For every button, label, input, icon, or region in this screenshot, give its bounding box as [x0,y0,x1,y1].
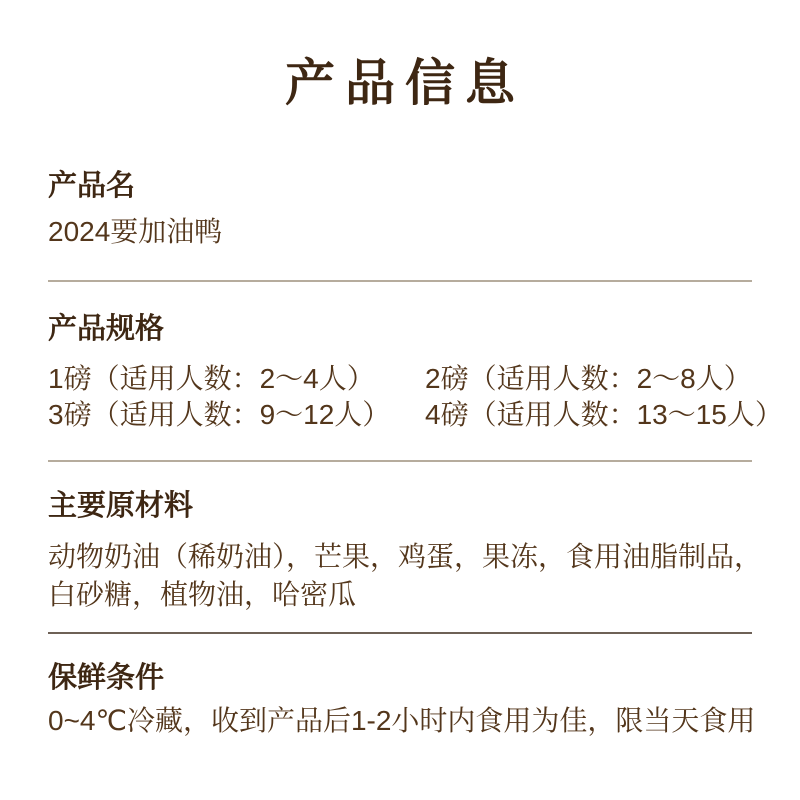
spec-item-4lb: 4磅（适用人数：13～15人） [425,397,783,433]
spec-item-3lb: 3磅（适用人数：9～12人） [48,397,425,433]
section-product-name: 产品名 2024要加油鸭 [48,170,752,247]
storage-value: 0~4℃冷藏，收到产品后1-2小时内食用为佳，限当天食用 [48,706,752,736]
ingredients-heading: 主要原材料 [48,490,752,522]
product-info-page: 产品信息 产品名 2024要加油鸭 产品规格 1磅（适用人数：2～4人） 2磅（… [0,0,800,800]
section-product-spec: 产品规格 1磅（适用人数：2～4人） 2磅（适用人数：2～8人） 3磅（适用人数… [48,313,752,433]
spec-item-2lb: 2磅（适用人数：2～8人） [425,361,783,397]
section-divider [48,460,752,462]
section-ingredients: 主要原材料 动物奶油（稀奶油），芒果，鸡蛋，果冻，食用油脂制品， 白砂糖，植物油… [48,490,752,614]
product-name-heading: 产品名 [48,170,752,202]
section-divider [48,280,752,282]
spec-item-1lb: 1磅（适用人数：2～4人） [48,361,425,397]
section-storage: 保鲜条件 0~4℃冷藏，收到产品后1-2小时内食用为佳，限当天食用 [48,662,752,736]
ingredients-line-1: 动物奶油（稀奶油），芒果，鸡蛋，果冻，食用油脂制品， [48,538,752,576]
ingredients-text: 动物奶油（稀奶油），芒果，鸡蛋，果冻，食用油脂制品， 白砂糖，植物油，哈密瓜 [48,538,752,614]
spec-grid: 1磅（适用人数：2～4人） 2磅（适用人数：2～8人） 3磅（适用人数：9～12… [48,361,752,433]
page-title: 产品信息 [48,54,752,112]
storage-heading: 保鲜条件 [48,662,752,694]
ingredients-line-2: 白砂糖，植物油，哈密瓜 [48,576,752,614]
product-name-value: 2024要加油鸭 [48,217,752,247]
product-spec-heading: 产品规格 [48,313,752,345]
section-divider-dark [48,632,752,634]
